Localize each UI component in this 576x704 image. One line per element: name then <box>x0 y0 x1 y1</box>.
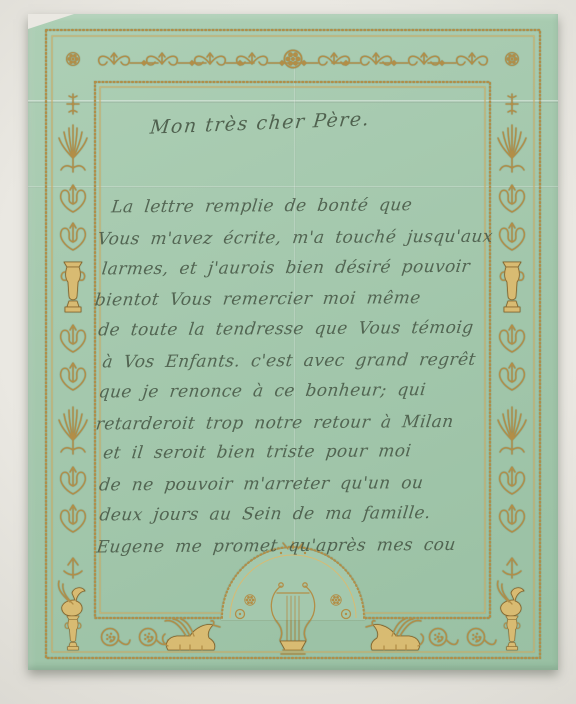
letter-line: de toute la tendresse que Vous témoig <box>96 318 510 352</box>
letter-text: Mon très cher Père. La lettre remplie de… <box>0 0 576 704</box>
letter-line: et il seroit bien triste pour moi <box>101 441 511 475</box>
letter-line: deux jours au Sein de ma famille. <box>97 503 511 537</box>
letter-line: larmes, et j'aurois bien désiré pouvoir <box>99 256 509 290</box>
letter-line: bientot Vous remercier moi même <box>93 288 510 322</box>
salutation: Mon très cher Père. <box>149 107 391 138</box>
letter-line: retarderoit trop notre retour à Milan <box>93 411 510 445</box>
letter-line: Vous m'avez écrite, m'a touché jusqu'aux <box>95 226 509 260</box>
letter-line: Eugene me promet qu'après mes cou <box>94 534 511 568</box>
scan-background: Mon très cher Père. La lettre remplie de… <box>0 0 576 704</box>
letter-body: La lettre remplie de bonté que Vous m'av… <box>97 195 510 567</box>
letter-line: que je renonce à ce bonheur; qui <box>96 379 510 413</box>
letter-line: de ne pouvoir m'arreter qu'un ou <box>97 473 511 507</box>
letter-line: à Vos Enfants. c'est avec grand regrêt <box>100 350 510 384</box>
letter-line: La lettre remplie de bonté que <box>95 195 509 229</box>
